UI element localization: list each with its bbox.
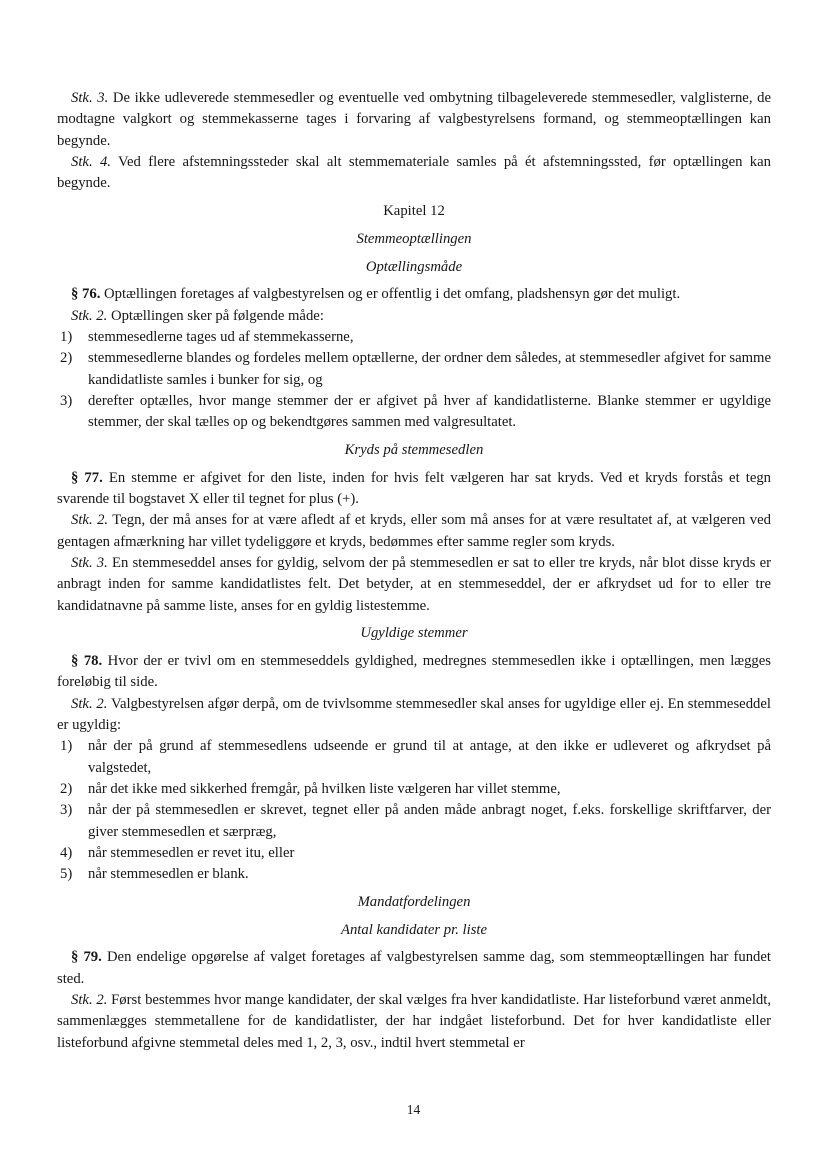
list-item: 2)stemmesedlerne blandes og fordeles mel… xyxy=(57,348,771,391)
paragraph-77-stk2: Stk. 2. Tegn, der må anses for at være a… xyxy=(57,510,771,553)
paragraph-lead: § 77. xyxy=(71,470,103,486)
page-content: Stk. 3. De ikke udleverede stemmesedler … xyxy=(57,88,771,1054)
ordered-list-76: 1)stemmesedlerne tages ud af stemmekasse… xyxy=(57,327,771,433)
paragraph-text: En stemmeseddel anses for gyldig, selvom… xyxy=(57,555,771,614)
paragraph-text: Først bestemmes hvor mange kandidater, d… xyxy=(57,992,771,1051)
section-heading-kryds: Kryds på stemmesedlen xyxy=(57,440,771,461)
list-item-text: derefter optælles, hvor mange stemmer de… xyxy=(88,393,771,430)
list-item-text: når stemmesedlen er blank. xyxy=(88,866,249,882)
section-heading-optaellingsmaade: Optællingsmåde xyxy=(57,257,771,278)
paragraph-text: Valgbestyrelsen afgør derpå, om de tvivl… xyxy=(57,696,771,733)
paragraph-lead: Stk. 2. xyxy=(71,512,108,528)
list-item-number: 1) xyxy=(60,327,72,348)
paragraph-lead: Stk. 2. xyxy=(71,308,107,324)
list-item-text: når der på stemmesedlen er skrevet, tegn… xyxy=(88,802,771,839)
paragraph-intro-stk3: Stk. 3. De ikke udleverede stemmesedler … xyxy=(57,88,771,152)
section-heading-antal-kandidater: Antal kandidater pr. liste xyxy=(57,920,771,941)
section-heading-ugyldige-stemmer: Ugyldige stemmer xyxy=(57,623,771,644)
section-heading-mandatfordelingen: Mandatfordelingen xyxy=(57,892,771,913)
list-item: 4)når stemmesedlen er revet itu, eller xyxy=(57,843,771,864)
document-page: Stk. 3. De ikke udleverede stemmesedler … xyxy=(0,0,827,1169)
paragraph-lead: Stk. 2. xyxy=(71,696,107,712)
list-item-number: 3) xyxy=(60,391,72,412)
list-item: 3)derefter optælles, hvor mange stemmer … xyxy=(57,391,771,434)
paragraph-78-stk2: Stk. 2. Valgbestyrelsen afgør derpå, om … xyxy=(57,694,771,737)
paragraph-lead: Stk. 2. xyxy=(71,992,107,1008)
list-item: 1)når der på grund af stemmesedlens udse… xyxy=(57,736,771,779)
paragraph-text: De ikke udleverede stemmesedler og event… xyxy=(57,90,771,149)
list-item-number: 1) xyxy=(60,736,72,757)
list-item-text: når stemmesedlen er revet itu, eller xyxy=(88,845,294,861)
list-item: 5)når stemmesedlen er blank. xyxy=(57,864,771,885)
paragraph-lead: § 79. xyxy=(71,949,102,965)
paragraph-78: § 78. Hvor der er tvivl om en stemmesedd… xyxy=(57,651,771,694)
paragraph-lead: § 76. xyxy=(71,286,100,302)
paragraph-77: § 77. En stemme er afgivet for den liste… xyxy=(57,468,771,511)
list-item-number: 4) xyxy=(60,843,72,864)
paragraph-lead: Stk. 3. xyxy=(71,555,108,571)
list-item: 2)når det ikke med sikkerhed fremgår, på… xyxy=(57,779,771,800)
list-item-number: 2) xyxy=(60,348,72,369)
paragraph-lead: Stk. 4. xyxy=(71,154,111,170)
paragraph-77-stk3: Stk. 3. En stemmeseddel anses for gyldig… xyxy=(57,553,771,617)
chapter-title-heading: Stemmeoptællingen xyxy=(57,229,771,250)
list-item-text: når det ikke med sikkerhed fremgår, på h… xyxy=(88,781,561,797)
paragraph-76: § 76. Optællingen foretages af valgbesty… xyxy=(57,284,771,305)
list-item-text: når der på grund af stemmesedlens udseen… xyxy=(88,738,771,775)
list-item: 3)når der på stemmesedlen er skrevet, te… xyxy=(57,800,771,843)
paragraph-text: Den endelige opgørelse af valget foretag… xyxy=(57,949,771,986)
paragraph-79-stk2: Stk. 2. Først bestemmes hvor mange kandi… xyxy=(57,990,771,1054)
list-item-text: stemmesedlerne tages ud af stemmekassern… xyxy=(88,329,354,345)
paragraph-text: Hvor der er tvivl om en stemmeseddels gy… xyxy=(57,653,771,690)
page-number: 14 xyxy=(0,1102,827,1118)
ordered-list-78: 1)når der på grund af stemmesedlens udse… xyxy=(57,736,771,885)
paragraph-text: Ved flere afstemningssteder skal alt ste… xyxy=(57,154,771,191)
paragraph-text: Optællingen sker på følgende måde: xyxy=(111,308,324,324)
paragraph-lead: Stk. 3. xyxy=(71,90,108,106)
list-item: 1)stemmesedlerne tages ud af stemmekasse… xyxy=(57,327,771,348)
paragraph-intro-stk4: Stk. 4. Ved flere afstemningssteder skal… xyxy=(57,152,771,195)
list-item-number: 3) xyxy=(60,800,72,821)
chapter-number-heading: Kapitel 12 xyxy=(57,201,771,222)
paragraph-text: Optællingen foretages af valgbestyrelsen… xyxy=(104,286,680,302)
paragraph-lead: § 78. xyxy=(71,653,102,669)
paragraph-text: En stemme er afgivet for den liste, inde… xyxy=(57,470,771,507)
list-item-number: 2) xyxy=(60,779,72,800)
paragraph-79: § 79. Den endelige opgørelse af valget f… xyxy=(57,947,771,990)
paragraph-76-stk2: Stk. 2. Optællingen sker på følgende måd… xyxy=(57,306,771,327)
list-item-text: stemmesedlerne blandes og fordeles melle… xyxy=(88,350,771,387)
paragraph-text: Tegn, der må anses for at være afledt af… xyxy=(57,512,771,549)
list-item-number: 5) xyxy=(60,864,72,885)
